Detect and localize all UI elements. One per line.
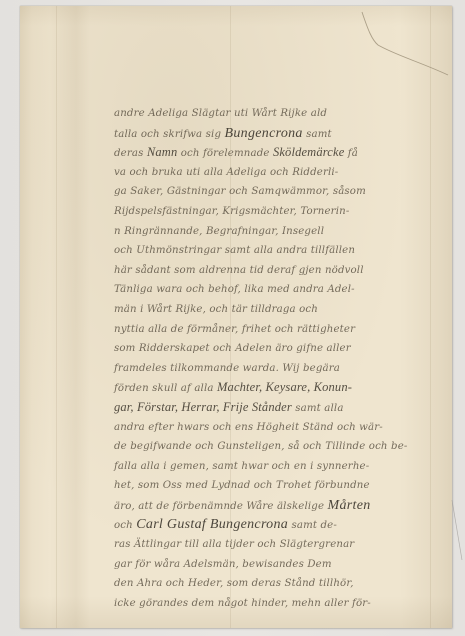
text-line: framdeles tilkommande warda. Wij begära bbox=[114, 359, 404, 379]
line-text: nyttia alla de förmåner, frihet och rätt… bbox=[114, 324, 355, 335]
given-name-marten: Mårten bbox=[328, 498, 371, 513]
line-text: andra efter hwars och ens Högheit Ständ … bbox=[114, 422, 383, 433]
line-text: Rijdspelsfästningar, Krigsmächter, Torne… bbox=[114, 206, 349, 217]
line-text: den Ahra och Heder, som deras Stånd till… bbox=[114, 578, 354, 589]
line-text: samt de- bbox=[288, 520, 337, 531]
line-text: falla alla i gemen, samt hwar och en i s… bbox=[114, 461, 369, 472]
line-text: män i Wårt Rijke, och tär tilldraga och bbox=[114, 304, 318, 315]
text-line: förden skull af alla Machter, Keysare, K… bbox=[114, 378, 404, 398]
text-line: andra efter hwars och ens Högheit Ständ … bbox=[114, 418, 404, 438]
line-text: gar för wåra Adelsmän, bewisandes Dem bbox=[114, 559, 332, 570]
line-text: de begifwande och Gunsteligen, så och Ti… bbox=[114, 441, 407, 452]
text-line: Tänliga wara och behof, lika med andra A… bbox=[114, 280, 404, 300]
text-line: Rijdspelsfästningar, Krigsmächter, Torne… bbox=[114, 202, 404, 222]
line-text: och förelemnade bbox=[177, 148, 273, 159]
line-text: som Ridderskapet och Adelen äro gifne al… bbox=[114, 343, 351, 354]
line-text: och Uthmönstringar samt alla andra tillf… bbox=[114, 245, 355, 256]
manuscript-text: andre Adeliga Slägtar uti Wårt Rijke ald… bbox=[114, 104, 404, 613]
text-line: icke görandes dem något hinder, mehn all… bbox=[114, 594, 404, 614]
text-line: äro, att de förbenämnde Wåre älskelige M… bbox=[114, 496, 404, 516]
text-line: ras Ättlingar till alla tijder och Slägt… bbox=[114, 535, 404, 555]
text-line: män i Wårt Rijke, och tär tilldraga och bbox=[114, 300, 404, 320]
line-text: n Ringrännande, Begrafningar, Insegell bbox=[114, 226, 324, 237]
line-text: förden skull af alla bbox=[114, 383, 217, 394]
text-line: gar för wåra Adelsmän, bewisandes Dem bbox=[114, 555, 404, 575]
text-line: het, som Oss med Lydnad och Trohet förbu… bbox=[114, 476, 404, 496]
line-text: talla och skrifwa sig bbox=[114, 129, 225, 140]
text-line: andre Adeliga Slägtar uti Wårt Rijke ald bbox=[114, 104, 404, 124]
line-text: ras Ättlingar till alla tijder och Slägt… bbox=[114, 539, 354, 550]
line-text: deras bbox=[114, 148, 147, 159]
vertical-fold-line bbox=[56, 6, 57, 628]
emphasized-word-skoldemarcke: Sköldemärcke bbox=[273, 145, 344, 159]
text-line: falla alla i gemen, samt hwar och en i s… bbox=[114, 457, 404, 477]
text-line: n Ringrännande, Begrafningar, Insegell bbox=[114, 222, 404, 242]
line-text: och bbox=[114, 520, 136, 531]
text-line: talla och skrifwa sig Bungencrona samt bbox=[114, 124, 404, 144]
line-text: andre Adeliga Slägtar uti Wårt Rijke ald bbox=[114, 108, 327, 119]
line-text: ga Saker, Gästningar och Samqwämmor, sås… bbox=[114, 186, 366, 197]
emphasized-word-namn: Namn bbox=[147, 145, 177, 159]
line-text: samt bbox=[303, 129, 332, 140]
scanned-page: andre Adeliga Slägtar uti Wårt Rijke ald… bbox=[0, 0, 465, 636]
emphasized-titles: Machter, Keysare, Konun- bbox=[217, 380, 352, 394]
text-line: och Uthmönstringar samt alla andra tillf… bbox=[114, 241, 404, 261]
line-text: här sådant som aldrenna tid deraf gjen n… bbox=[114, 265, 364, 276]
line-text: framdeles tilkommande warda. Wij begära bbox=[114, 363, 340, 374]
text-line: deras Namn och förelemnade Sköldemärcke … bbox=[114, 143, 404, 163]
text-line: den Ahra och Heder, som deras Stånd till… bbox=[114, 574, 404, 594]
line-text: icke görandes dem något hinder, mehn all… bbox=[114, 598, 371, 609]
line-text: få bbox=[344, 148, 358, 159]
family-name-bungencrona: Bungencrona bbox=[225, 126, 303, 141]
line-text: va och bruka uti alla Adeliga och Ridder… bbox=[114, 167, 338, 178]
text-line: och Carl Gustaf Bungencrona samt de- bbox=[114, 515, 404, 535]
line-text: samt alla bbox=[292, 403, 344, 414]
text-line: de begifwande och Gunsteligen, så och Ti… bbox=[114, 437, 404, 457]
text-line: nyttia alla de förmåner, frihet och rätt… bbox=[114, 320, 404, 340]
vertical-fold-line bbox=[430, 6, 431, 628]
emphasized-titles: gar, Förstar, Herrar, Frije Stånder bbox=[114, 400, 292, 414]
line-text: äro, att de förbenämnde Wåre älskelige bbox=[114, 501, 328, 512]
line-text: Tänliga wara och behof, lika med andra A… bbox=[114, 284, 355, 295]
line-text: het, som Oss med Lydnad och Trohet förbu… bbox=[114, 480, 370, 491]
text-line: här sådant som aldrenna tid deraf gjen n… bbox=[114, 261, 404, 281]
text-line: gar, Förstar, Herrar, Frije Stånder samt… bbox=[114, 398, 404, 418]
text-line: ga Saker, Gästningar och Samqwämmor, sås… bbox=[114, 182, 404, 202]
full-name-carl-gustaf-bungencrona: Carl Gustaf Bungencrona bbox=[136, 517, 288, 532]
text-line: va och bruka uti alla Adeliga och Ridder… bbox=[114, 163, 404, 183]
text-line: som Ridderskapet och Adelen äro gifne al… bbox=[114, 339, 404, 359]
